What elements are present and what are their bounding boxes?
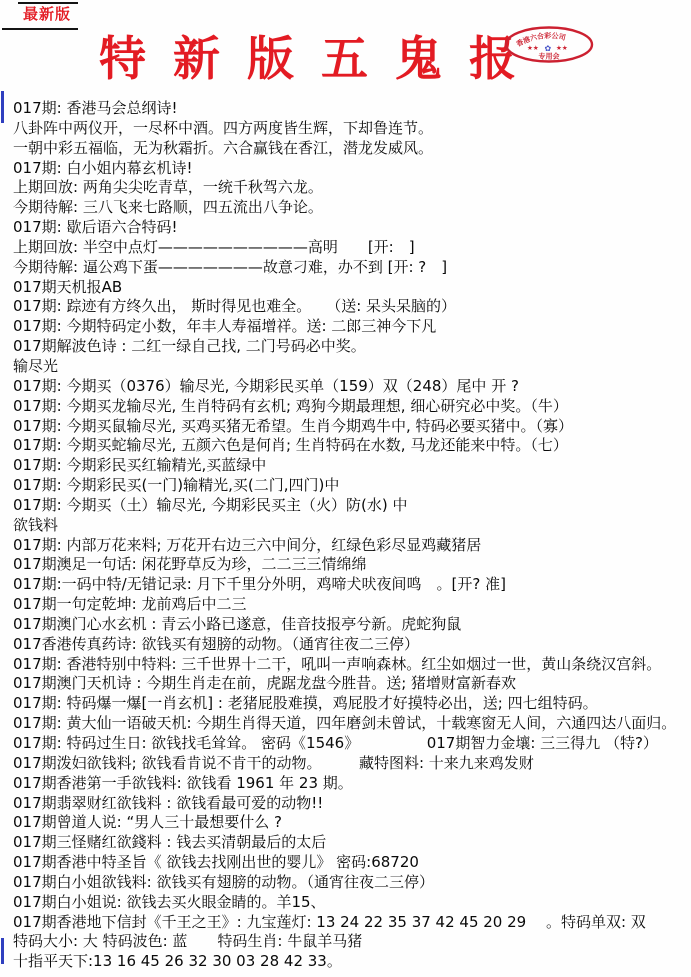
five-ghost-report-page: 最新版 特新版五鬼报 香港六合彩公司 ★★ ✿ ★★ 专用会 017期: 香港马… — [0, 0, 691, 977]
report-line: 017期: 今期彩民买(一门)输精光,买(二门,四门)中 — [13, 476, 689, 496]
badge-bottom-rule — [2, 28, 78, 30]
report-line: 欲钱料 — [13, 516, 689, 536]
report-body: 017期: 香港马会总纲诗! 八卦阵中两仪开，一尽杯中酒。四方两度皆生辉，下却鲁… — [13, 99, 689, 972]
report-line: 输尽光 — [13, 357, 689, 377]
edition-badge: 最新版 — [23, 3, 71, 24]
report-line: 017期曾道人说: “男人三十最想要什么 ? — [13, 813, 689, 833]
report-line: 017期: 今期买（0376）输尽光, 今期彩民买单（159）双（248）尾中 … — [13, 377, 689, 397]
report-line: 017期: 今期彩民买红输精光,买蓝绿中 — [13, 456, 689, 476]
report-line: 017期: 香港马会总纲诗! — [13, 99, 689, 119]
report-line: 上期回放: 两角尖尖吃青草，一统千秋驾六龙。 — [13, 178, 689, 198]
report-line: 017期天机报AB — [13, 278, 689, 298]
seal-bottom-text: 专用会 — [539, 52, 560, 61]
report-line: 一朝中彩五福临，无为秋霜折。六合赢钱在香江，潜龙发威风。 — [13, 139, 689, 159]
report-line: 017期澳门心水玄机 : 青云小路已遂意，佳音技报亭兮新。虎蛇狗鼠 — [13, 615, 689, 635]
report-line: 017期澳门天机诗 : 今期生肖走在前，虎踞龙盘今胜昔。送; 猪增财富新春欢 — [13, 674, 689, 694]
report-line: 017期: 歇后语六合特码! — [13, 218, 689, 238]
report-line: 017期: 特码过生日: 欲钱找毛耸耸。 密码《1546》 017期智力金壤: … — [13, 734, 689, 754]
report-line: 十指平天下:13 16 45 26 32 30 03 28 42 33。 — [13, 952, 689, 972]
report-line: 017期: 今期买鼠输尽光, 买鸡买猪无希望。生肖今期鸡牛中, 特码必要买猪中。… — [13, 417, 689, 437]
report-line: 017期: 今期买龙输尽光, 生肖特码有玄机; 鸡狗今期最理想, 细心研究必中奖… — [13, 397, 689, 417]
left-border-top-segment — [1, 91, 4, 123]
report-line: 017期: 今期买蛇输尽光, 五颜六色是何肖; 生肖特码在水数, 马龙还能来中特… — [13, 436, 689, 456]
report-line: 今期待解: 三八飞来七路顺，四五流出八争论。 — [13, 198, 689, 218]
report-line: 017期: 今期买（土）输尽光, 今期彩民买主（火）防(水) 中 — [13, 496, 689, 516]
report-line: 017香港传真药诗: 欲钱买有翅膀的动物。（通宵往夜二三停） — [13, 635, 689, 655]
seal-stars-left: ★★ — [527, 44, 539, 52]
report-line: 017期香港中特圣旨《 欲钱去找刚出世的婴儿》 密码:68720 — [13, 853, 689, 873]
report-line: 今期待解: 逼公鸡下蛋———————故意刁难，办不到 [开: ? ] — [13, 258, 689, 278]
report-line: 017期: 踪迹有方终久出， 斯时得见也难全。 （送: 呆头呆脑的） — [13, 297, 689, 317]
report-line: 上期回放: 半空中点灯——————————高明 [开: ] — [13, 238, 689, 258]
seal-stars-right: ★★ — [556, 44, 568, 52]
report-line: 017期: 特码爆一爆[一肖玄机] : 老猪屁股难摸，鸡屁股才好摸特必出，送; … — [13, 694, 689, 714]
report-line: 017期香港第一手欲钱料: 欲钱看 1961 年 23 期。 — [13, 774, 689, 794]
report-line: 特码大小: 大 特码波色: 蓝 特码生肖: 牛鼠羊马猪 — [13, 932, 689, 952]
report-line: 017期泼妇欲钱料; 欲钱看肯说不肯干的动物。 藏特图料: 十来九来鸡发财 — [13, 754, 689, 774]
report-line: 017期: 今期特码定小数，年丰人寿福增祥。送: 二郎三神今下凡 — [13, 317, 689, 337]
lottery-company-seal-icon: 香港六合彩公司 ★★ ✿ ★★ 专用会 — [503, 25, 595, 65]
report-line: 017期: 白小姐内幕玄机诗! — [13, 159, 689, 179]
report-line: 017期澳足一句话: 闲花野草反为珍，二二三三情绵绵 — [13, 555, 689, 575]
report-line: 017期三怪赌红欲錢料 : 钱去买清朝最后的太后 — [13, 833, 689, 853]
report-line: 017期解波色诗 : 二红一绿自己找, 二门号码必中奖。 — [13, 337, 689, 357]
report-line: 017期白小姐说: 欲钱去买火眼金睛的。羊15、 — [13, 893, 689, 913]
report-line: 017期香港地下信封《千王之王》: 九宝莲灯: 13 24 22 35 37 4… — [13, 913, 689, 933]
report-line: 017期: 香港特别中特料: 三千世界十二干，吼叫一声响森林。红尘如烟过一世，黄… — [13, 655, 689, 675]
report-line: 017期: 黄大仙一语破天机: 今期生肖得天道，四年磨剑未曾试，十载寒窗无人间，… — [13, 714, 689, 734]
report-line: 八卦阵中两仪开，一尽杯中酒。四方两度皆生辉，下却鲁连节。 — [13, 119, 689, 139]
report-line: 017期白小姐欲钱料: 欲钱买有翅膀的动物。（通宵往夜二三停） — [13, 873, 689, 893]
left-border-bottom-segment — [1, 938, 4, 964]
report-line: 017期一句定乾坤: 龙前鸡后中二三 — [13, 595, 689, 615]
report-line: 017期:一码中特/无错记录: 月下千里分外明，鸡啼犬吠夜间鸣 。[开? 准] — [13, 575, 689, 595]
page-title: 特新版五鬼报 — [99, 22, 543, 89]
report-line: 017期翡翠财红欲钱料 : 欲钱看最可爱的动物!! — [13, 794, 689, 814]
report-line: 017期: 内部万花来料; 万花开右边三六中间分，红绿色彩尽显鸡藏猪居 — [13, 536, 689, 556]
